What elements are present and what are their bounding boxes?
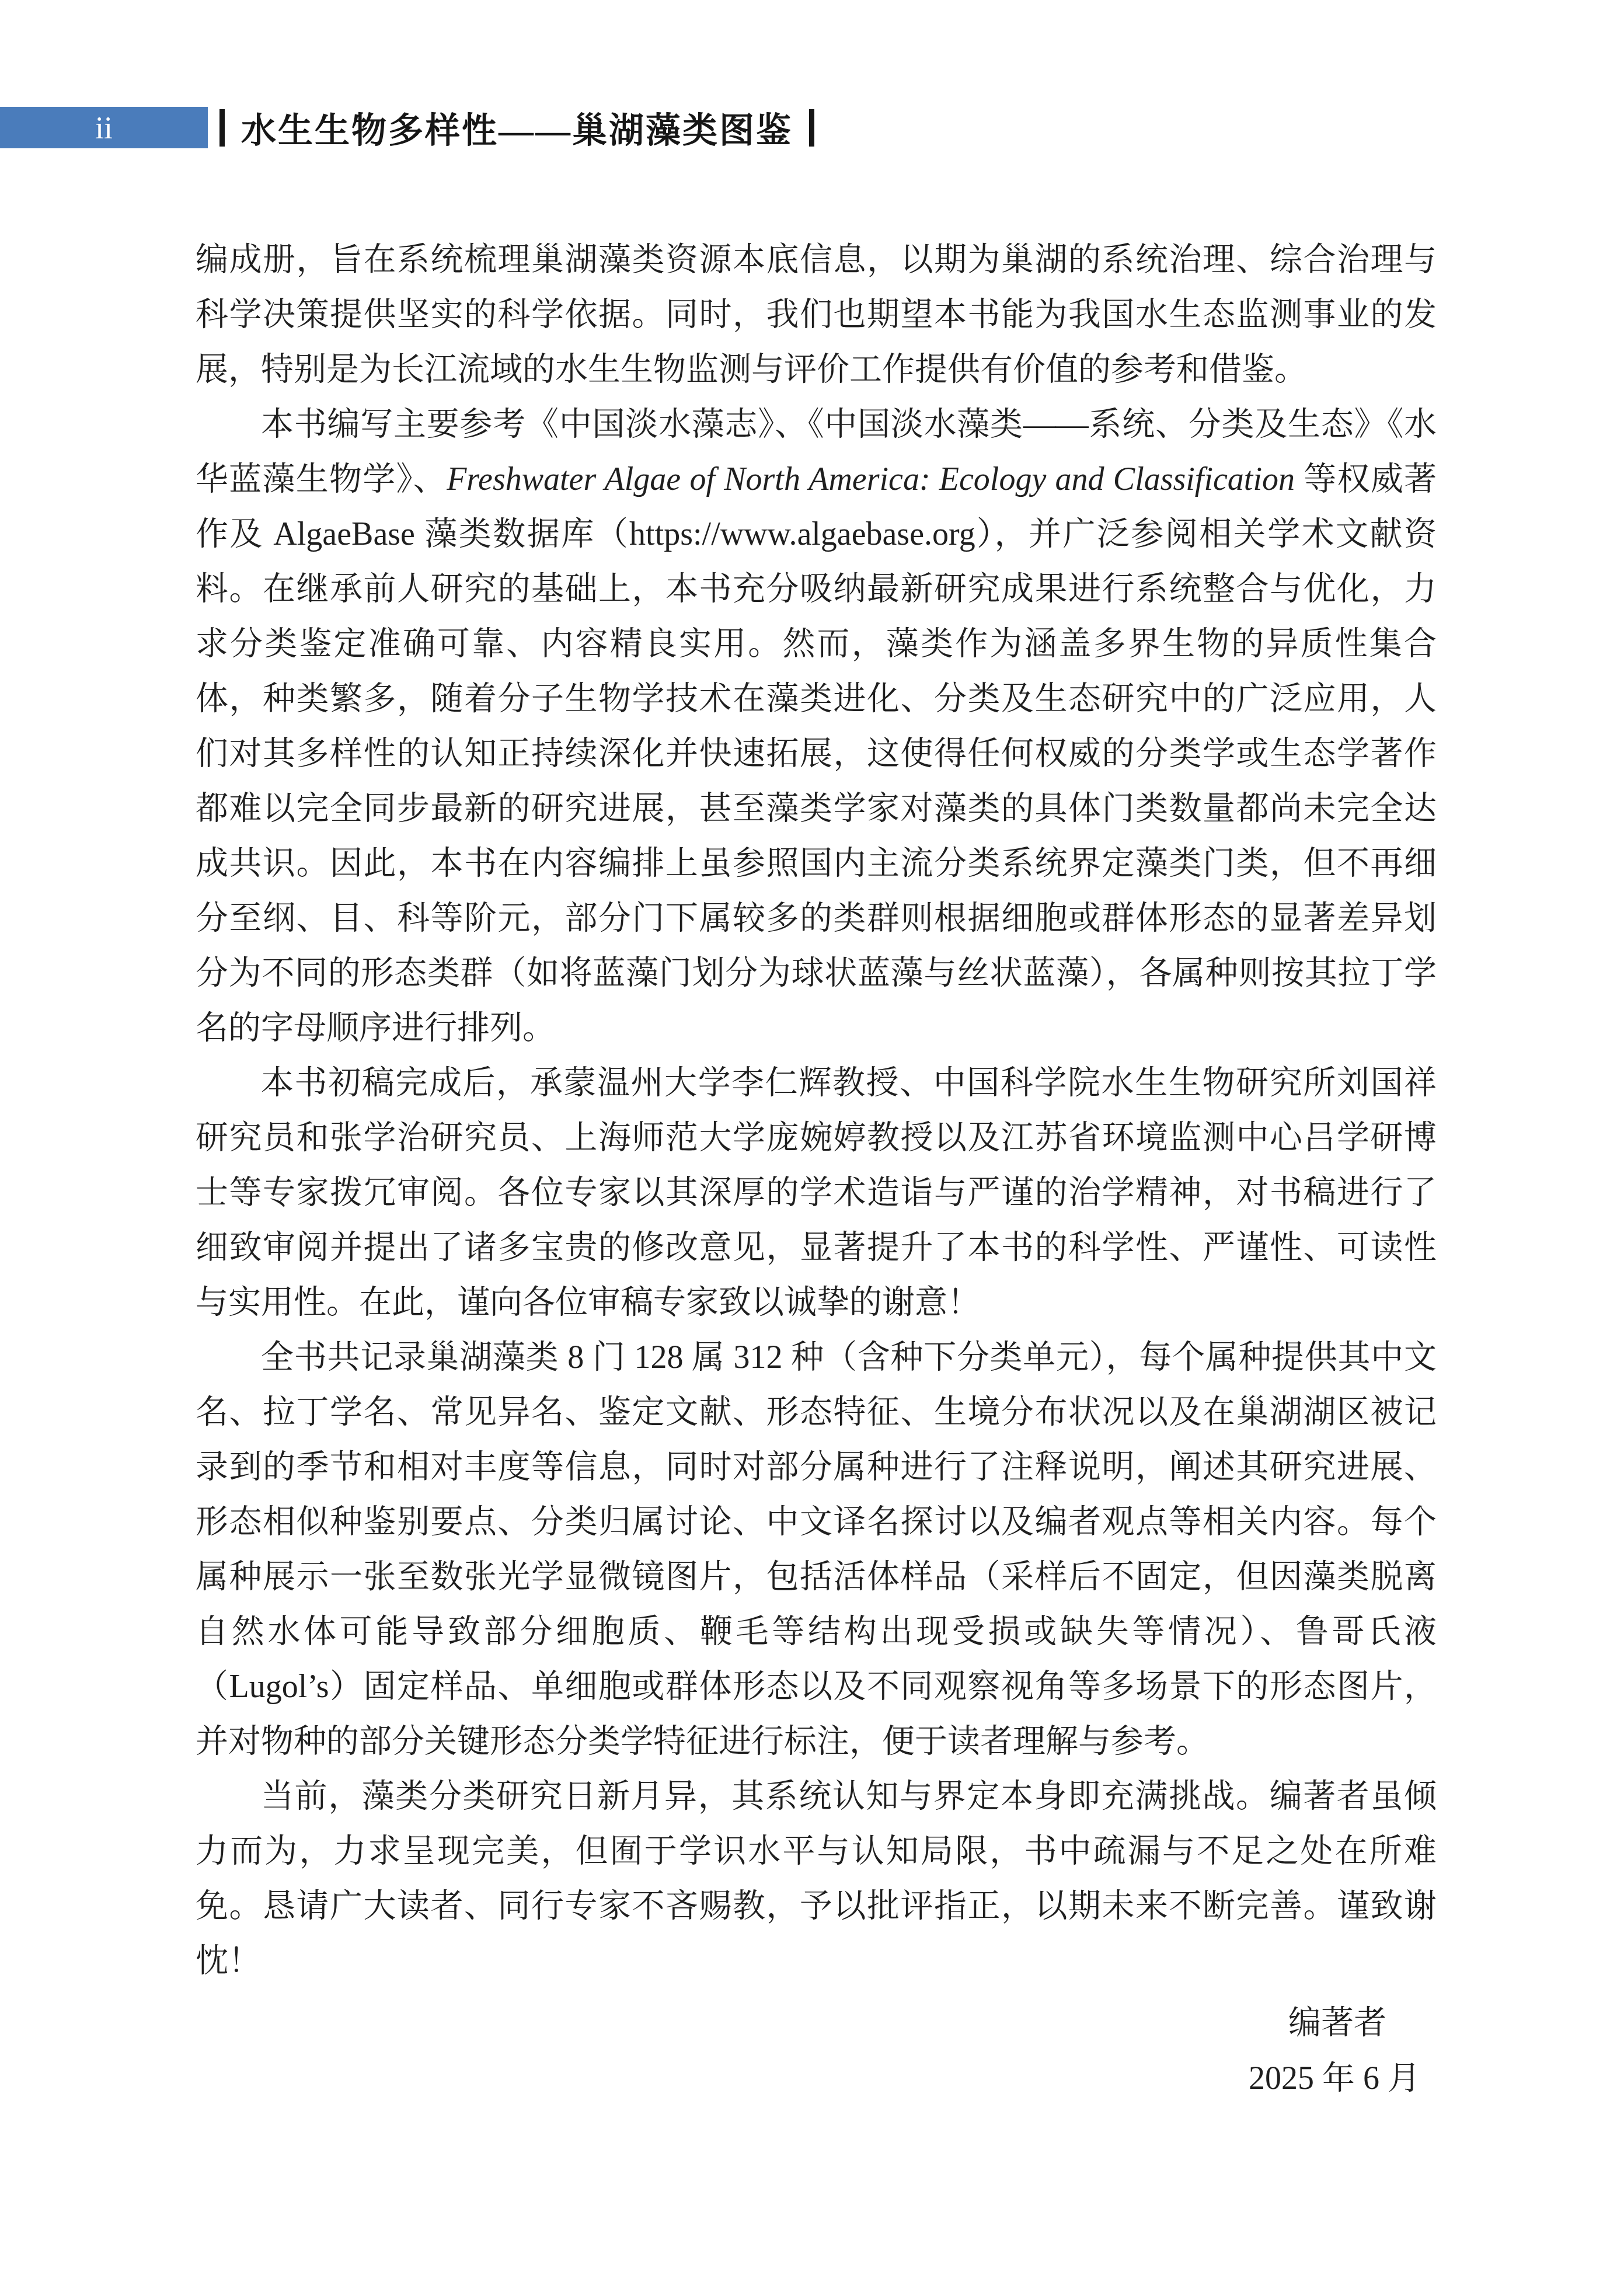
title-left-bar-icon bbox=[219, 109, 225, 147]
body-paragraph: 全书共记录巢湖藻类 8 门 128 属 312 种（含种下分类单元），每个属种提… bbox=[196, 1330, 1437, 1769]
body-paragraph: 当前，藻类分类研究日新月异，其系统认知与界定本身即充满挑战。编著者虽倾力而为，力… bbox=[196, 1769, 1437, 1988]
author-signature: 编著者 bbox=[196, 1995, 1437, 2051]
running-title: 水生生物多样性——巢湖藻类图鉴 bbox=[219, 107, 814, 148]
body-paragraph: 本书编写主要参考《中国淡水藻志》、《中国淡水藻类——系统、分类及生态》《水华蓝藻… bbox=[196, 397, 1437, 1056]
text-run: 全书共记录巢湖藻类 8 门 128 属 312 种（含种下分类单元），每个属种提… bbox=[196, 1339, 1437, 1760]
body-paragraph: 编成册，旨在系统梳理巢湖藻类资源本底信息，以期为巢湖的系统治理、综合治理与科学决… bbox=[196, 232, 1437, 397]
book-title: 水生生物多样性——巢湖藻类图鉴 bbox=[241, 103, 793, 153]
text-run: 编成册，旨在系统梳理巢湖藻类资源本底信息，以期为巢湖的系统治理、综合治理与科学决… bbox=[196, 242, 1437, 388]
preface-body: 编成册，旨在系统梳理巢湖藻类资源本底信息，以期为巢湖的系统治理、综合治理与科学决… bbox=[196, 232, 1437, 1988]
body-paragraph: 本书初稿完成后，承蒙温州大学李仁辉教授、中国科学院水生生物研究所刘国祥研究员和张… bbox=[196, 1056, 1437, 1330]
title-right-bar-icon bbox=[809, 109, 814, 147]
signature-date: 2025 年 6 月 bbox=[196, 2051, 1437, 2106]
page-number-badge: ii bbox=[0, 107, 208, 148]
book-preface-page: { "page": { "background_color": "#ffffff… bbox=[0, 0, 1624, 2295]
text-run: 本书初稿完成后，承蒙温州大学李仁辉教授、中国科学院水生生物研究所刘国祥研究员和张… bbox=[196, 1065, 1437, 1321]
text-run: 等权威著作及 AlgaeBase 藻类数据库（https://www.algae… bbox=[196, 461, 1437, 1046]
text-run: 当前，藻类分类研究日新月异，其系统认知与界定本身即充满挑战。编著者虽倾力而为，力… bbox=[196, 1778, 1437, 1979]
italic-text-run: Freshwater Algae of North America: Ecolo… bbox=[447, 461, 1295, 497]
page-number: ii bbox=[95, 112, 113, 144]
signature-block: 编著者 2025 年 6 月 bbox=[196, 1995, 1437, 2106]
